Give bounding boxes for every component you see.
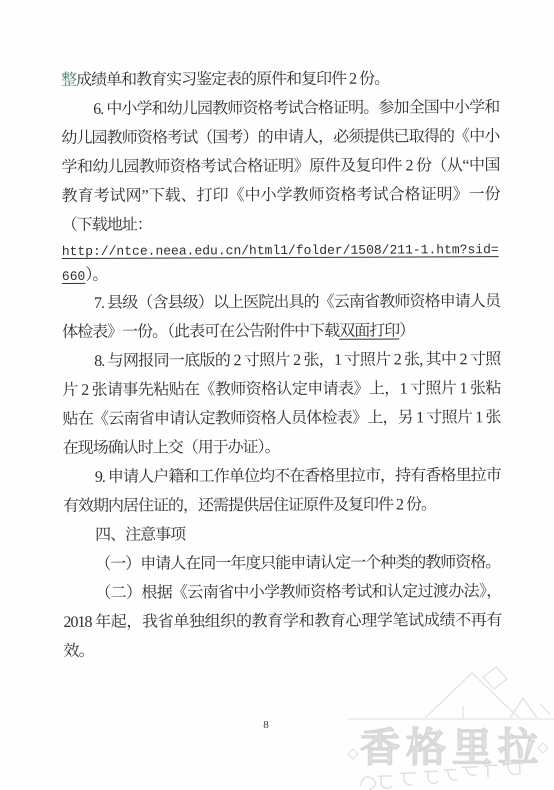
page-number: 8 <box>256 719 276 731</box>
diamond-left-icon <box>348 749 358 759</box>
item-7-paragraph: 7. 县级（含县级）以上医院出具的《云南省教师资格申请人员体检表》一份。（此表可… <box>62 287 500 347</box>
download-url-suffix: ）。 <box>85 267 107 284</box>
opening-line-rest: 成绩单和教育实习鉴定表的原件和复印件 2 份。 <box>76 71 389 89</box>
section-4-note-1: （一）申请人在同一年度只能申请认定一个种类的教师资格。 <box>63 548 501 579</box>
item-7-text: 7. 县级（含县级）以上医院出具的《云南省教师资格申请人员体检表》一份。（此表可… <box>62 293 500 341</box>
document-body: 整成绩单和教育实习鉴定表的原件和复印件 2 份。 6. 中小学和幼儿园教师资格考… <box>61 64 502 666</box>
item-8-paragraph: 8. 与网报同一底版的 2 寸照片 2 张，1 寸照片 2 张, 其中 2 寸照… <box>62 345 501 463</box>
duplex-print-underlined-text: 双面打印 <box>339 323 399 340</box>
opening-line-first-char: 整 <box>61 72 76 89</box>
scanned-document-page: 整成绩单和教育实习鉴定表的原件和复印件 2 份。 6. 中小学和幼儿园教师资格考… <box>0 0 554 790</box>
item-6-paragraph: 6. 中小学和幼儿园教师资格考试合格证明。参加全国中小学和幼儿园教师资格考试（国… <box>61 93 500 240</box>
download-url-line: http://ntce.neea.edu.cn/html1/folder/150… <box>62 238 500 289</box>
item-7-closing: ） <box>399 322 414 339</box>
section-4-heading: 四、注意事项 <box>63 519 501 550</box>
opening-line: 整成绩单和教育实习鉴定表的原件和复印件 2 份。 <box>61 64 499 95</box>
shangri-la-watermark-logo: 香格里拉 <box>344 636 554 790</box>
mountain-icon <box>425 667 550 718</box>
item-9-paragraph: 9. 申请人户籍和工作单位均不在香格里拉市，持有香格里拉市有效期内居住证的，还需… <box>63 461 501 521</box>
download-url: http://ntce.neea.edu.cn/html1/folder/150… <box>62 242 499 284</box>
